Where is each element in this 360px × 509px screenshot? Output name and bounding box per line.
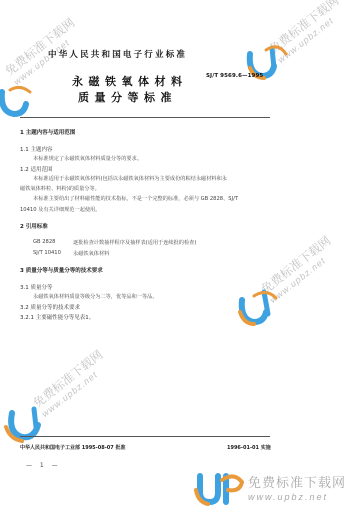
document-page: 免费标准下载网 www.upbz.net 免费标准下载网 www.upbz.ne… — [0, 0, 360, 509]
footer-rule — [20, 436, 270, 437]
section-1-heading: 1 主题内容与适用范围 — [20, 128, 75, 136]
section-1-2-text-line4: 10410 及有关详细规范一起使用。 — [20, 206, 100, 213]
reference-title: 逐批检查计数抽样程序及抽样表(适用于连续批的检查) — [73, 239, 196, 246]
up-logo-icon — [192, 470, 246, 506]
page-number: — 1 — — [26, 462, 61, 469]
section-3-1-heading: 3.1 质量分等 — [20, 283, 53, 291]
up-logo-icon — [2, 405, 52, 445]
standard-number: SJ/T 9569.6—1995 — [206, 73, 263, 79]
up-logo-icon — [0, 82, 36, 122]
section-2-heading: 2 引用标准 — [20, 222, 48, 230]
section-1-2-text-line2: 磁铁氧体料粒、料粉)的质量分等。 — [20, 185, 100, 192]
document-title-line1: 永磁铁氧体材料 — [72, 73, 188, 89]
implementation-date: 1996-01-01 实施 — [227, 444, 271, 451]
section-3-2-heading: 3.2 质量分等的技术要求 — [20, 303, 80, 311]
reference-title: 永磁铁氧体材料 — [73, 250, 109, 257]
document-title-line2: 质量分等标准 — [78, 89, 177, 105]
issuer-heading: 中华人民共和国电子行业标准 — [48, 48, 187, 60]
section-1-2-text-line3: 本标准主要给出了材料磁性能的技术指标，不是一个完整的标准，必须与 GB 2828… — [33, 195, 238, 202]
header-rule — [20, 117, 270, 118]
section-1-2-heading: 1.2 适用范围 — [20, 165, 53, 173]
approval-date: 中华人民共和国电子工业部 1995-08-07 批准 — [20, 444, 125, 451]
reference-code: SJ/T 10410 — [33, 250, 61, 256]
section-1-2-text-line1: 本标准适用于永磁铁氧体材料(包括以永磁铁氧体材料为主要成份的粘结永磁材料和永 — [33, 175, 227, 182]
reference-code: GB 2828 — [33, 239, 55, 245]
up-logo-icon — [236, 286, 282, 328]
section-3-1-text: 永磁铁氧体材料质量等级分为二等，优等品和一等品。 — [33, 293, 158, 300]
section-1-1-heading: 1.1 主题内容 — [20, 145, 53, 153]
brand-watermark: 免费标准下载网 www.upbz.net — [248, 472, 346, 502]
section-3-heading: 3 质量分等与质量分等的技术要求 — [20, 266, 103, 274]
section-3-2-1-heading: 3.2.1 主要磁性能分等见表1。 — [20, 313, 94, 321]
section-1-1-text: 本标准规定了永磁铁氧体材料质量分等的要求。 — [33, 155, 142, 162]
